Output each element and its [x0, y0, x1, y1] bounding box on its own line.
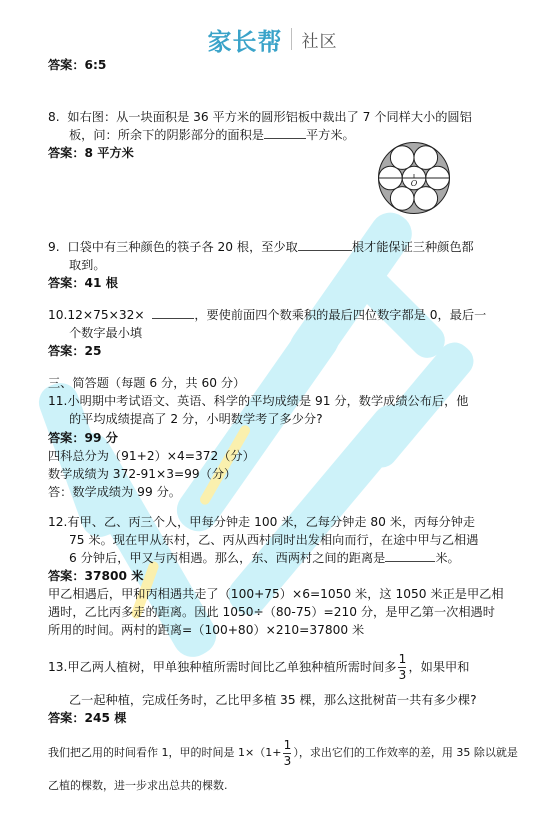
question-9-line-1: 9. 口袋中有三种颜色的筷子各 20 根，至少取根才能保证三种颜色都: [48, 238, 474, 256]
question-11-solution-2: 数学成绩为 372-91×3=99（分）: [48, 465, 236, 483]
question-8-line-2: 板，问：所余下的阴影部分的面积是平方米。: [69, 126, 355, 144]
question-12-line-2: 75 米。现在甲从东村，乙、丙从西村同时出发相向而行，在途中甲与乙相遇: [69, 531, 478, 549]
solution-text: 我们把乙用的时间看作 1，甲的时间是 1×（1+: [48, 746, 281, 759]
question-text: 米。: [435, 551, 459, 565]
question-text: 12×75×32×: [67, 308, 144, 322]
fraction-denominator: 3: [398, 669, 406, 682]
question-11-solution-1: 四科总分为（91+2）×4=372（分）: [48, 447, 255, 465]
fraction-denominator: 3: [283, 755, 291, 768]
question-text: 根才能保证三种颜色都: [352, 240, 474, 254]
question-text: ，要使前面四个数乘积的最后四位数字都是 0，最后一: [194, 308, 486, 322]
question-text: 小明期中考试语文、英语、科学的平均成绩是 91 分，数学成绩公布后，他: [67, 394, 468, 408]
question-number: 10.: [48, 308, 67, 322]
logo-community: 社区: [302, 27, 338, 52]
center-label-o: O: [411, 179, 418, 188]
question-13-line-1: 13.甲乙两人植树，甲单独种植所需时间比乙单独种植所需时间多13，如果甲和: [48, 652, 469, 682]
question-text: ，如果甲和: [408, 660, 469, 674]
solution-text: ），求出它们的工作效率的差，用 35 除以就是: [293, 746, 518, 759]
question-8-line-1: 8. 如右图：从一块面积是 36 平方米的圆形铝板中裁出了 7 个同样大小的圆铝: [48, 108, 472, 126]
question-number: 11.: [48, 394, 67, 408]
fraction-one-third: 13: [283, 739, 291, 768]
question-12-line-1: 12.有甲、乙、丙三个人，甲每分钟走 100 米，乙每分钟走 80 米，丙每分钟…: [48, 513, 475, 531]
question-text: 甲乙两人植树，甲单独种植所需时间比乙单独种植所需时间多: [67, 660, 396, 674]
question-13-line-2: 乙一起种植，完成任务时，乙比甲多植 35 棵，那么这批树苗一共有多少棵?: [69, 691, 477, 709]
question-number: 9.: [48, 240, 60, 254]
fraction-one-third: 13: [398, 653, 406, 682]
question-11-answer: 答案：99 分: [48, 429, 118, 447]
answer-blank: [264, 126, 306, 139]
question-text: 如右图：从一块面积是 36 平方米的圆形铝板中裁出了 7 个同样大小的圆铝: [67, 110, 471, 124]
site-header: 家长帮 社区: [0, 20, 545, 58]
question-8-answer: 答案：8 平方米: [48, 144, 134, 162]
answer-blank: [152, 306, 194, 319]
question-text: 6 分钟后，甲又与丙相遇。那么，东、西两村之间的距离是: [69, 551, 385, 565]
question-10-line-1: 10.12×75×32× ，要使前面四个数乘积的最后四位数字都是 0，最后一: [48, 306, 486, 324]
question-10-line-2: 个数字最小填: [69, 324, 142, 342]
question-13-answer: 答案：245 棵: [48, 709, 126, 727]
question-13-solution-2: 乙植的棵数，进一步求出总共的棵数.: [48, 777, 228, 795]
answer-blank: [385, 549, 435, 562]
question-12-line-3: 6 分钟后，甲又与丙相遇。那么，东、西两村之间的距离是米。: [69, 549, 460, 567]
logo-jiazhangbang: 家长帮: [208, 22, 283, 57]
fraction-numerator: 1: [283, 739, 291, 752]
question-12-solution-2: 遇时，乙比丙多走的距离。因此 1050÷（80-75）=210 分，是甲乙第一次…: [48, 603, 495, 621]
question-number: 8.: [48, 110, 60, 124]
section-3-title: 三、简答题（每题 6 分，共 60 分）: [48, 374, 245, 392]
question-number: 13.: [48, 660, 67, 674]
question-12-solution-3: 所用的时间。两村的距离=（100+80）×210=37800 米: [48, 621, 364, 639]
fraction-numerator: 1: [398, 653, 406, 666]
question-12-solution-1: 甲乙相遇后，甲和丙相遇共走了（100+75）×6=1050 米，这 1050 米…: [48, 585, 504, 603]
question-13-solution-1: 我们把乙用的时间看作 1，甲的时间是 1×（1+13），求出它们的工作效率的差，…: [48, 738, 518, 768]
question-12-answer: 答案：37800 米: [48, 567, 143, 585]
question-number: 12.: [48, 515, 67, 529]
question-11-solution-3: 答：数学成绩为 99 分。: [48, 483, 181, 501]
question-text: 平方米。: [306, 128, 355, 142]
prev-answer: 答案：6:5: [48, 56, 106, 74]
question-10-answer: 答案：25: [48, 342, 102, 360]
circles-figure: O: [377, 141, 451, 215]
question-text: 口袋中有三种颜色的筷子各 20 根，至少取: [67, 240, 297, 254]
question-11-line-2: 的平均成绩提高了 2 分，小明数学考了多少分?: [69, 410, 323, 428]
question-text: 板，问：所余下的阴影部分的面积是: [69, 128, 264, 142]
question-text: 有甲、乙、丙三个人，甲每分钟走 100 米，乙每分钟走 80 米，丙每分钟走: [67, 515, 475, 529]
question-9-line-2: 取到。: [69, 256, 106, 274]
answer-blank: [298, 238, 352, 251]
logo-divider: [291, 28, 292, 50]
question-11-line-1: 11.小明期中考试语文、英语、科学的平均成绩是 91 分，数学成绩公布后，他: [48, 392, 468, 410]
question-9-answer: 答案：41 根: [48, 274, 118, 292]
